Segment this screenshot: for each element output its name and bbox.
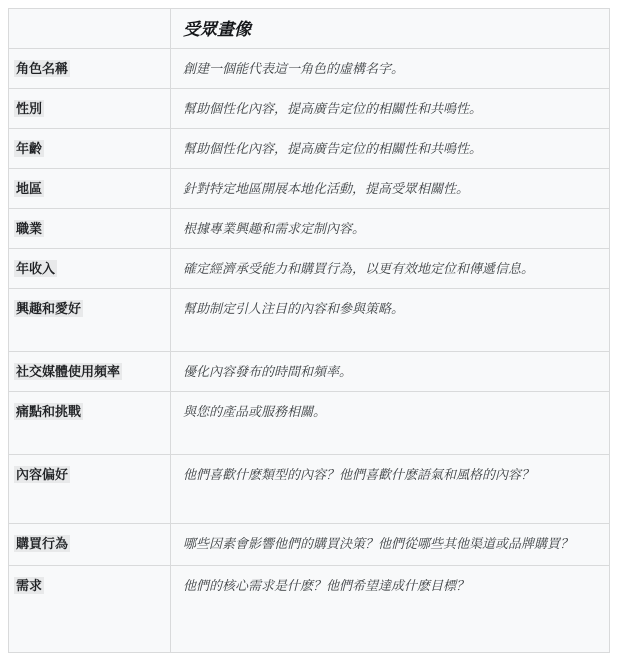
row-description-cell: 針對特定地區開展本地化活動，提高受眾相關性。 xyxy=(171,169,610,209)
row-description: 與您的產品或服務相關。 xyxy=(183,404,326,419)
table-row: 年收入 確定經濟承受能力和購買行為，以更有效地定位和傳遞信息。 xyxy=(9,249,610,289)
table-row: 角色名稱 創建一個能代表這一角色的虛構名字。 xyxy=(9,49,610,89)
row-label-cell: 年齡 xyxy=(9,129,171,169)
row-description: 幫助個性化內容，提高廣告定位的相關性和共鳴性。 xyxy=(183,101,482,116)
row-description: 幫助個性化內容，提高廣告定位的相關性和共鳴性。 xyxy=(183,141,482,156)
header-title-cell: 受眾畫像 xyxy=(171,9,610,49)
row-label-cell: 職業 xyxy=(9,209,171,249)
row-label-cell: 角色名稱 xyxy=(9,49,171,89)
row-description-cell: 優化內容發布的時間和頻率。 xyxy=(171,352,610,392)
row-description-cell: 創建一個能代表這一角色的虛構名字。 xyxy=(171,49,610,89)
row-label-cell: 購買行為 xyxy=(9,524,171,566)
table-row: 需求 他們的核心需求是什麽？他們希望達成什麽目標？ xyxy=(9,566,610,653)
row-label: 年齡 xyxy=(14,140,44,157)
row-label: 興趣和愛好 xyxy=(14,300,83,317)
row-description-cell: 幫助制定引人注目的內容和參與策略。 xyxy=(171,289,610,352)
row-description-cell: 與您的產品或服務相關。 xyxy=(171,392,610,455)
row-label: 需求 xyxy=(14,577,44,594)
row-label: 社交媒體使用頻率 xyxy=(14,363,122,380)
table-row: 社交媒體使用頻率 優化內容發布的時間和頻率。 xyxy=(9,352,610,392)
row-description: 針對特定地區開展本地化活動，提高受眾相關性。 xyxy=(183,181,469,196)
row-label-cell: 年收入 xyxy=(9,249,171,289)
table-row: 地區 針對特定地區開展本地化活動，提高受眾相關性。 xyxy=(9,169,610,209)
table-row: 興趣和愛好 幫助制定引人注目的內容和參與策略。 xyxy=(9,289,610,352)
row-description-cell: 幫助個性化內容，提高廣告定位的相關性和共鳴性。 xyxy=(171,129,610,169)
table-row: 職業 根據專業興趣和需求定制內容。 xyxy=(9,209,610,249)
row-label: 年收入 xyxy=(14,260,57,277)
row-description: 優化內容發布的時間和頻率。 xyxy=(183,364,352,379)
row-label-cell: 興趣和愛好 xyxy=(9,289,171,352)
header-empty-cell xyxy=(9,9,171,49)
row-label: 購買行為 xyxy=(14,535,70,552)
table-row: 購買行為 哪些因素會影響他們的購買決策？他們從哪些其他渠道或品牌購買？ xyxy=(9,524,610,566)
row-description: 創建一個能代表這一角色的虛構名字。 xyxy=(183,61,404,76)
row-description: 哪些因素會影響他們的購買決策？他們從哪些其他渠道或品牌購買？ xyxy=(183,536,573,551)
row-description-cell: 幫助個性化內容，提高廣告定位的相關性和共鳴性。 xyxy=(171,89,610,129)
table-body: 角色名稱 創建一個能代表這一角色的虛構名字。 性別 幫助個性化內容，提高廣告定位… xyxy=(9,49,610,653)
row-description-cell: 確定經濟承受能力和購買行為，以更有效地定位和傳遞信息。 xyxy=(171,249,610,289)
table-row: 年齡 幫助個性化內容，提高廣告定位的相關性和共鳴性。 xyxy=(9,129,610,169)
table-row: 性別 幫助個性化內容，提高廣告定位的相關性和共鳴性。 xyxy=(9,89,610,129)
row-description-cell: 哪些因素會影響他們的購買決策？他們從哪些其他渠道或品牌購買？ xyxy=(171,524,610,566)
row-label: 地區 xyxy=(14,180,44,197)
row-label: 痛點和挑戰 xyxy=(14,403,83,420)
row-description: 他們的核心需求是什麽？他們希望達成什麽目標？ xyxy=(183,578,469,593)
header-row: 受眾畫像 xyxy=(9,9,610,49)
table-row: 內容偏好 他們喜歡什麽類型的內容？他們喜歡什麽語氣和風格的內容？ xyxy=(9,455,610,524)
page-canvas: 受眾畫像 角色名稱 創建一個能代表這一角色的虛構名字。 性別 幫助個性化內容，提… xyxy=(0,0,617,662)
row-description: 確定經濟承受能力和購買行為，以更有效地定位和傳遞信息。 xyxy=(183,261,534,276)
row-description-cell: 他們的核心需求是什麽？他們希望達成什麽目標？ xyxy=(171,566,610,653)
row-label-cell: 社交媒體使用頻率 xyxy=(9,352,171,392)
row-label: 職業 xyxy=(14,220,44,237)
row-label-cell: 地區 xyxy=(9,169,171,209)
row-description: 根據專業興趣和需求定制內容。 xyxy=(183,221,365,236)
row-description-cell: 根據專業興趣和需求定制內容。 xyxy=(171,209,610,249)
row-label-cell: 性別 xyxy=(9,89,171,129)
row-label: 性別 xyxy=(14,100,44,117)
table-row: 痛點和挑戰 與您的產品或服務相關。 xyxy=(9,392,610,455)
row-label-cell: 內容偏好 xyxy=(9,455,171,524)
row-description: 他們喜歡什麽類型的內容？他們喜歡什麽語氣和風格的內容？ xyxy=(183,467,534,482)
row-label-cell: 痛點和挑戰 xyxy=(9,392,171,455)
table-title: 受眾畫像 xyxy=(183,20,251,39)
audience-persona-table: 受眾畫像 角色名稱 創建一個能代表這一角色的虛構名字。 性別 幫助個性化內容，提… xyxy=(8,8,610,653)
row-label: 角色名稱 xyxy=(14,60,70,77)
row-description-cell: 他們喜歡什麽類型的內容？他們喜歡什麽語氣和風格的內容？ xyxy=(171,455,610,524)
row-label: 內容偏好 xyxy=(14,466,70,483)
table-header: 受眾畫像 xyxy=(9,9,610,49)
row-label-cell: 需求 xyxy=(9,566,171,653)
row-description: 幫助制定引人注目的內容和參與策略。 xyxy=(183,301,404,316)
